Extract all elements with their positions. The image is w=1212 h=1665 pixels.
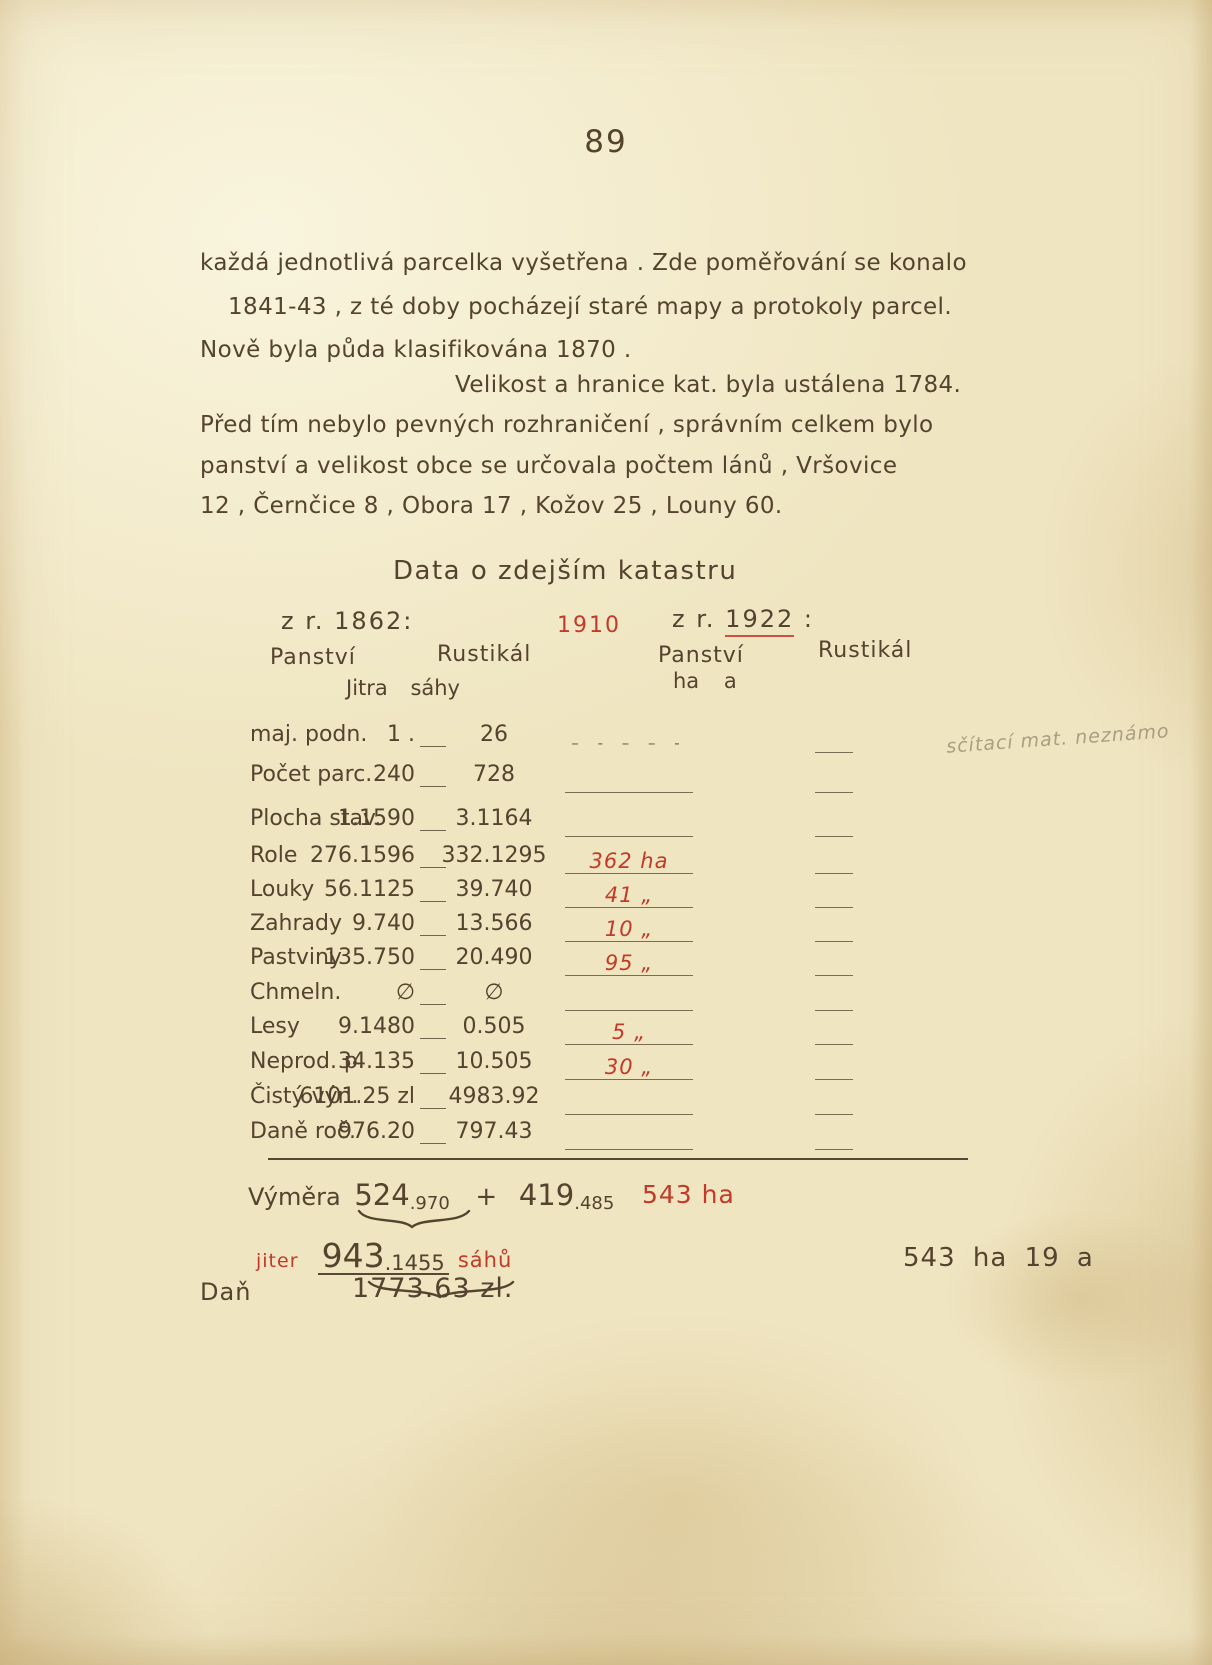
value-rustikal-1862: 4983.92 — [438, 1084, 550, 1109]
paragraph-line: každá jednotlivá parcelka vyšetřena . Zd… — [200, 250, 967, 276]
value-1910-red: 30 „ — [605, 1057, 653, 1079]
vymera-1910-total: 543 ha — [642, 1180, 735, 1209]
value-rustikal-1862: 39.740 — [438, 877, 550, 902]
section-title: Data o zdejším katastru — [393, 556, 737, 586]
blank-cell-1922 — [815, 843, 853, 874]
header-panstvi-1922: Panství — [658, 643, 744, 668]
year-1922-prefix: z r. — [672, 605, 716, 633]
table-row: Daně roč. 976.20 797.43 — [0, 1119, 1212, 1149]
value-1910-red: 41 „ — [605, 885, 653, 907]
year-1922-colon: : — [804, 605, 814, 633]
year-1922-number: 1922 — [725, 605, 794, 637]
value-rustikal-1862: 332.1295 — [438, 843, 550, 868]
fill-line-1910: 30 „ — [565, 1049, 693, 1080]
value-rustikal-1862: 0.505 — [438, 1014, 550, 1039]
paragraph-line: 1841-43 , z té doby pocházejí staré mapy… — [228, 294, 952, 320]
value-rustikal-1862: 728 — [438, 762, 550, 787]
vymera-label: Výměra — [248, 1183, 341, 1211]
jiter-label: jiter — [256, 1250, 299, 1272]
metric-total-right: 543 ha 19 a — [903, 1243, 1094, 1273]
fill-line-1910 — [565, 806, 693, 837]
vymera-value-2-fraction: .485 — [574, 1193, 614, 1214]
jiter-value-group: 943.1455 — [318, 1252, 449, 1275]
fill-line-1910: 41 „ — [565, 877, 693, 908]
value-1910-red: 5 „ — [612, 1022, 646, 1044]
table-row: Chmeln. ∅ ∅ — [0, 980, 1212, 1010]
fill-line-1910 — [565, 762, 693, 793]
value-panstvi-1862: 56.1125 — [282, 877, 415, 902]
fill-line-1910: 5 „ — [565, 1014, 693, 1045]
table-row: Lesy 9.1480 0.505 5 „ — [0, 1014, 1212, 1044]
paragraph-line: 12 , Černčice 8 , Obora 17 , Kožov 25 , … — [200, 493, 783, 519]
units-1922: ha a — [673, 669, 737, 693]
table-row: Čistý výn. 6101.25 zl 4983.92 — [0, 1084, 1212, 1114]
value-panstvi-1862: 135.750 — [282, 945, 415, 970]
blank-cell-1922 — [815, 1084, 853, 1115]
fill-line-1910 — [565, 1119, 693, 1150]
vymera-value-1-fraction: .970 — [410, 1193, 450, 1214]
summary-divider-rule — [268, 1158, 968, 1160]
blank-cell-1922 — [815, 911, 853, 942]
table-row: Neprod. p. 34.135 10.505 30 „ — [0, 1049, 1212, 1079]
value-panstvi-1862: 976.20 — [282, 1119, 415, 1144]
value-panstvi-1862: 34.135 — [282, 1049, 415, 1074]
paragraph-line: panství a velikost obce se určovala počt… — [200, 453, 897, 479]
value-panstvi-1862: 1.1590 — [282, 806, 415, 831]
value-rustikal-1862: ∅ — [438, 980, 550, 1005]
table-row: Počet parc. 240 728 — [0, 762, 1212, 792]
page-number: 89 — [0, 124, 1212, 160]
jiter-total-line: jiter 943.1455 sáhů — [256, 1236, 512, 1275]
fill-line-1910: 10 „ — [565, 911, 693, 942]
column-group-1910: 1910 — [557, 613, 621, 638]
blank-cell-1922 — [815, 945, 853, 976]
table-row: Louky 56.1125 39.740 41 „ — [0, 877, 1212, 907]
paragraph-line: Velikost a hranice kat. byla ustálena 17… — [455, 372, 961, 398]
blank-cell-1922 — [815, 806, 853, 837]
dan-value: 1773.63 zl. — [352, 1273, 514, 1304]
table-row: Zahrady 9.740 13.566 10 „ — [0, 911, 1212, 941]
fill-line-1910 — [565, 1084, 693, 1115]
value-panstvi-1862: 9.740 — [282, 911, 415, 936]
value-1910-red: 95 „ — [605, 953, 653, 975]
paragraph-line: Nově byla půda klasifikována 1870 . — [200, 337, 632, 363]
fill-line-1910: 362 ha — [565, 843, 693, 874]
header-rustikal-1862: Rustikál — [437, 642, 531, 667]
value-1910-red: 10 „ — [605, 919, 653, 941]
paragraph-line: Před tím nebylo pevných rozhraničení , s… — [200, 412, 934, 438]
plus-sign: + — [475, 1182, 497, 1212]
blank-cell-1922 — [815, 980, 853, 1011]
blank-cell-1922 — [815, 762, 853, 793]
vymera-value-2: 419 — [519, 1178, 574, 1212]
value-rustikal-1862: 10.505 — [438, 1049, 550, 1074]
value-rustikal-1862: 26 — [438, 722, 550, 747]
value-rustikal-1862: 797.43 — [438, 1119, 550, 1144]
column-group-1862: z r. 1862: — [281, 607, 413, 635]
blank-cell-1910: – - – – - — [565, 722, 693, 752]
value-1910-red: 362 ha — [590, 851, 669, 873]
value-panstvi-1862: 276.1596 — [282, 843, 415, 868]
fill-line-1910: 95 „ — [565, 945, 693, 976]
value-rustikal-1862: 20.490 — [438, 945, 550, 970]
sahu-label: sáhů — [458, 1248, 512, 1272]
blank-cell-1922 — [815, 1014, 853, 1045]
header-rustikal-1922: Rustikál — [818, 638, 912, 663]
vymera-total-line: Výměra 524.970 + 419.485 — [248, 1178, 614, 1214]
units-1862: Jitra sáhy — [346, 676, 460, 700]
chronicle-page-scan: 89 každá jednotlivá parcelka vyšetřena .… — [0, 0, 1212, 1665]
vymera-value-1: 524 — [354, 1178, 409, 1212]
table-row: Plocha stav. 1.1590 3.1164 — [0, 806, 1212, 836]
fill-line-1910 — [565, 980, 693, 1011]
table-row: Pastviny 135.750 20.490 95 „ — [0, 945, 1212, 975]
column-group-1922: z r. 1922 : — [672, 605, 814, 633]
value-rustikal-1862: 3.1164 — [438, 806, 550, 831]
table-row: Role 276.1596 332.1295 362 ha — [0, 843, 1212, 873]
value-panstvi-1862: 6101.25 zl — [282, 1084, 415, 1109]
jiter-value: 943 — [322, 1236, 385, 1275]
value-panstvi-1862: 240 — [282, 762, 415, 787]
blank-cell-1922 — [815, 1049, 853, 1080]
value-panstvi-1862: 9.1480 — [282, 1014, 415, 1039]
value-rustikal-1862: 13.566 — [438, 911, 550, 936]
jiter-value-fraction: .1455 — [385, 1251, 445, 1275]
header-panstvi-1862: Panství — [270, 645, 356, 670]
value-panstvi-1862: ∅ — [282, 980, 415, 1005]
blank-cell-1922 — [815, 1119, 853, 1150]
blank-cell-1922 — [815, 722, 853, 753]
dan-label: Daň — [200, 1278, 251, 1306]
blank-cell-1922 — [815, 877, 853, 908]
value-panstvi-1862: 1 . — [282, 722, 415, 747]
